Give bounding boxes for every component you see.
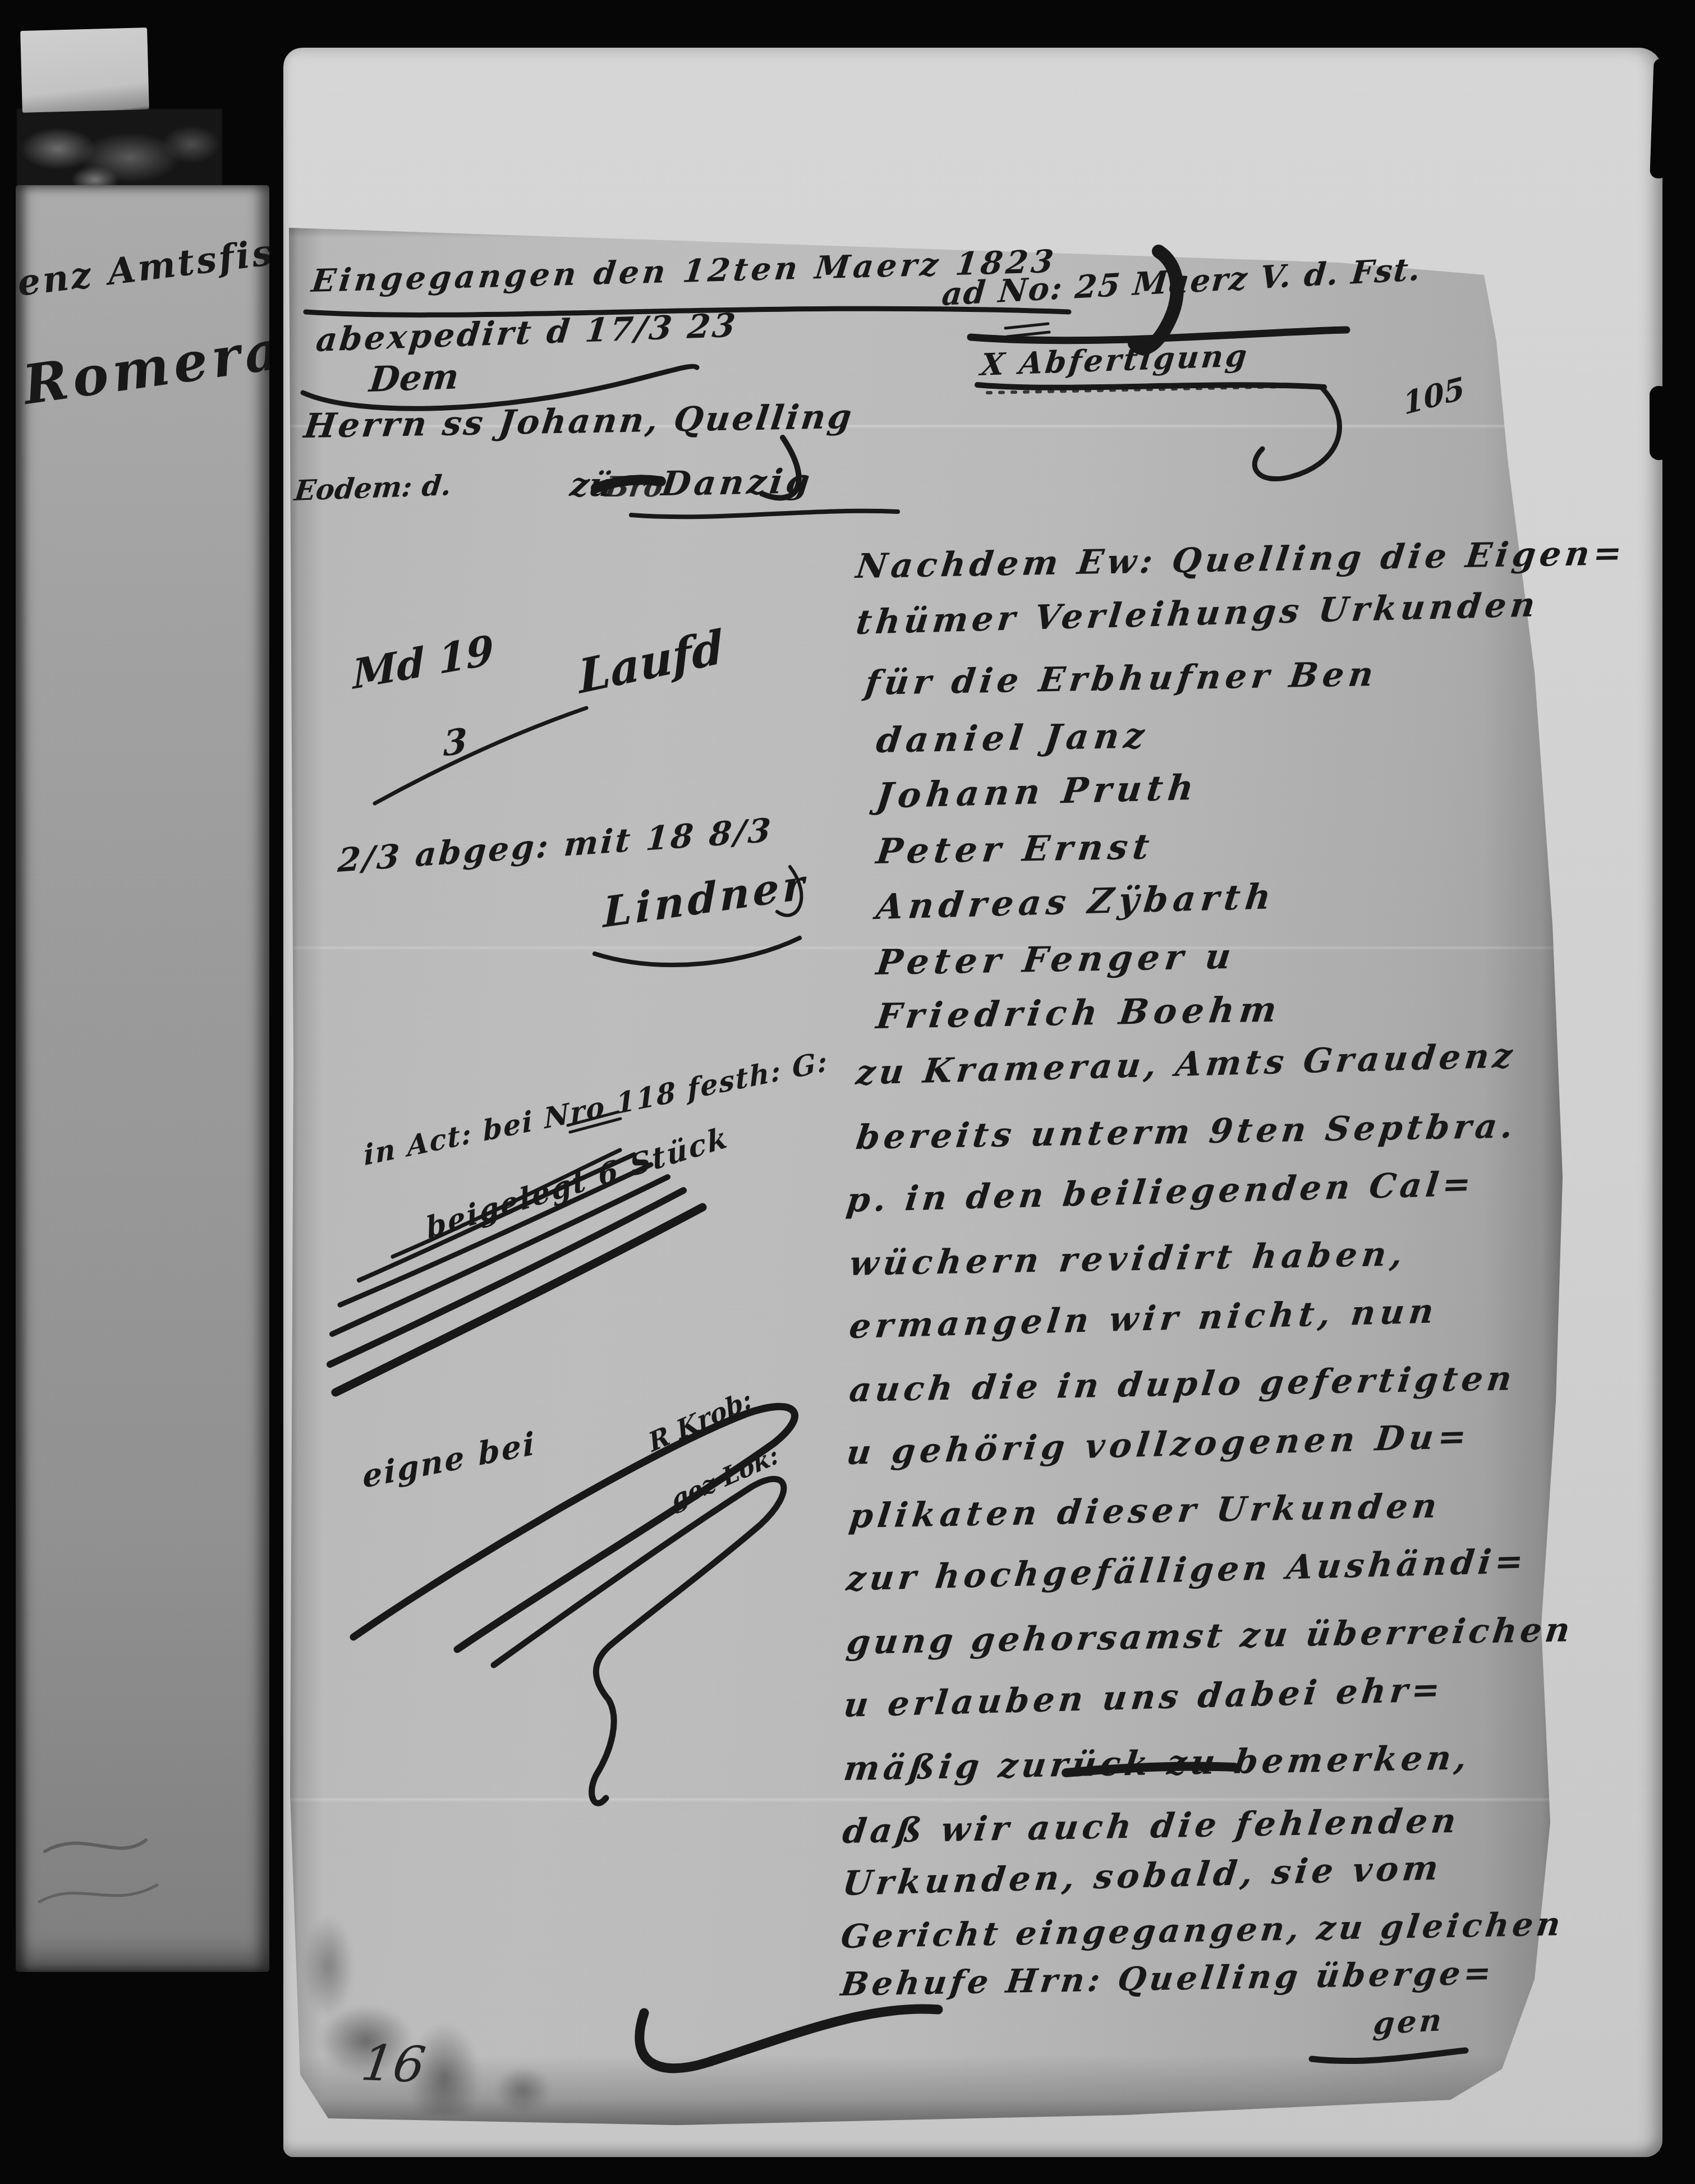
body-line: Peter Fenger u <box>874 936 1238 983</box>
md-denominator: 3 <box>443 720 467 765</box>
page-edge-notch <box>1650 386 1669 460</box>
body-line: daniel Janz <box>874 715 1151 761</box>
page-edge-notch <box>1650 58 1670 179</box>
struck-word: Bro <box>603 470 665 503</box>
top-left-paper-tab <box>20 27 149 113</box>
sheet-number: 16 <box>358 2034 429 2093</box>
closing-word: gen <box>1372 2002 1446 2042</box>
body-line: Friedrich Boehm <box>874 988 1284 1037</box>
ink-smudge <box>303 1868 617 2115</box>
torn-paper-texture <box>17 109 222 197</box>
left-page-strip: enz Amtsfisc Romerau <box>16 185 269 1972</box>
left-page-text-line: enz Amtsfisc <box>16 228 269 305</box>
left-page-text-line: Romerau <box>19 311 269 417</box>
margin-date-note: Eodem: d. <box>293 468 453 507</box>
salutation: Dem <box>368 356 461 400</box>
body-line: Johann Pruth <box>874 767 1201 816</box>
place-name: Danzig <box>659 462 815 504</box>
body-line: Peter Ernst <box>874 826 1156 872</box>
archival-scan: enz Amtsfisc Romerau <box>0 0 1695 2184</box>
